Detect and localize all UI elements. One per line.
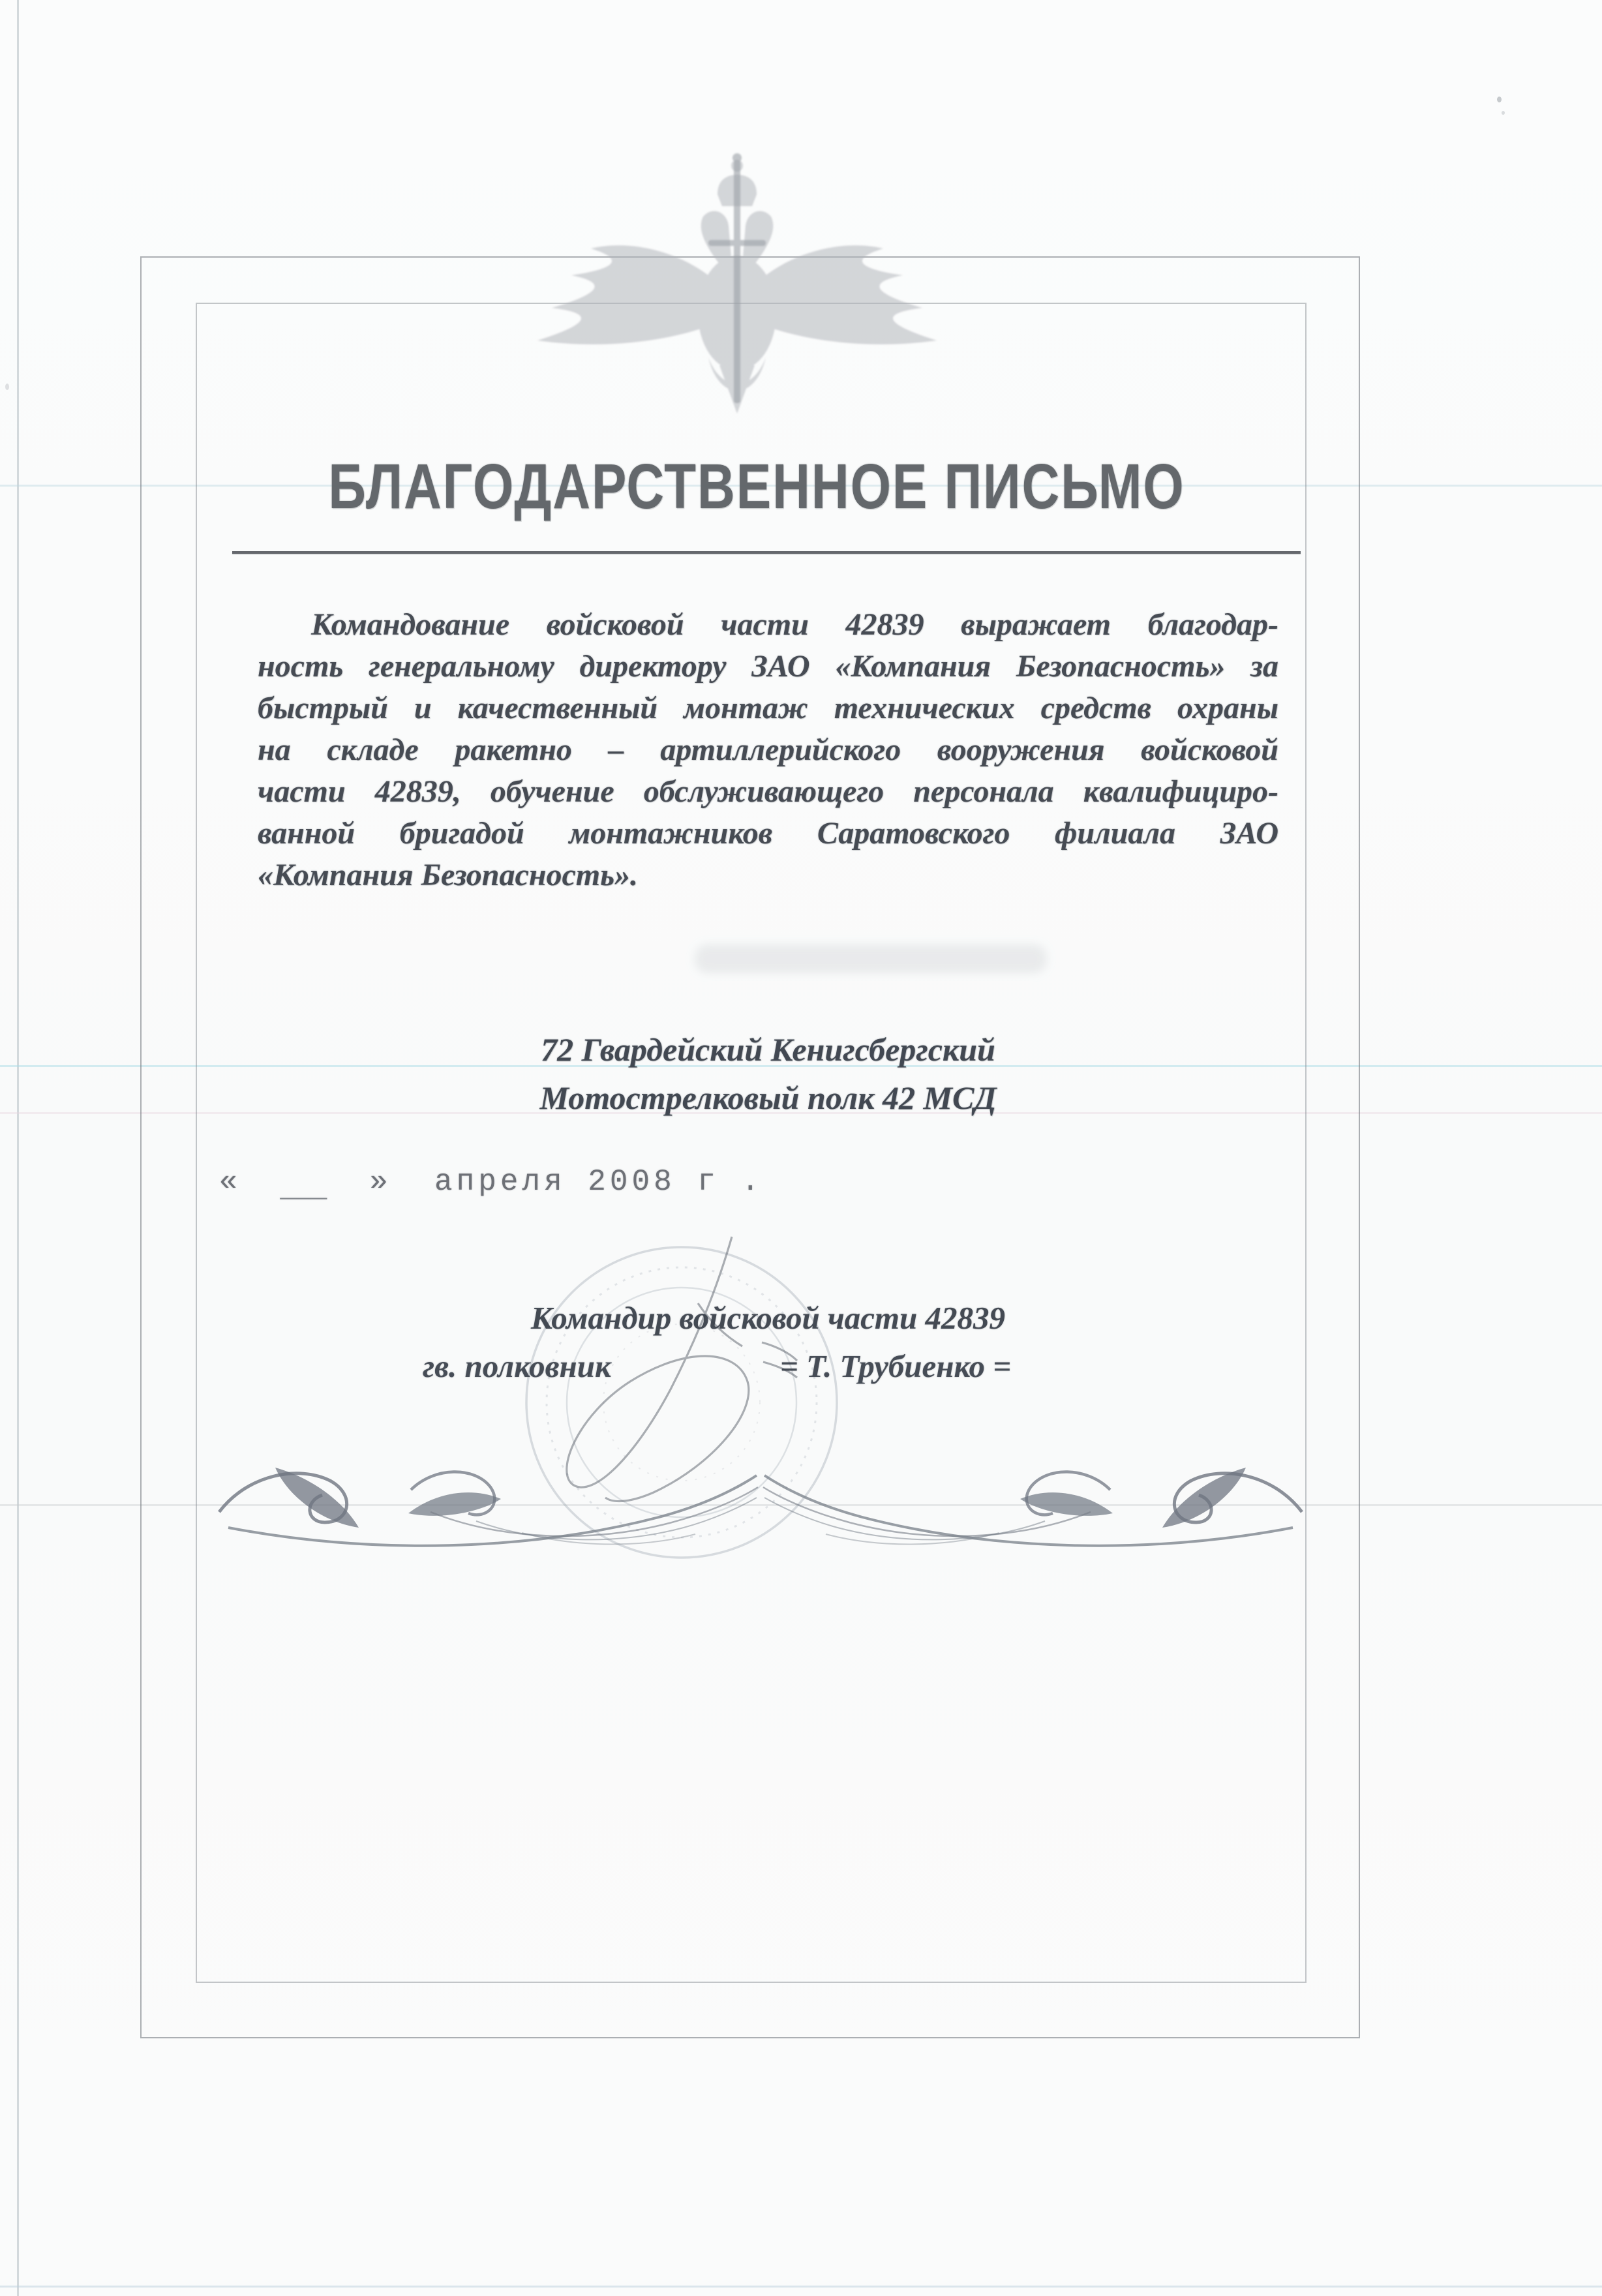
scan-edge-line: [17, 0, 19, 2296]
body-line: ность генеральному директору ЗАО «Компан…: [258, 646, 1278, 687]
inner-frame-border: [196, 303, 1307, 1983]
letter-title: БЛАГОДАРСТВЕННОЕ ПИСЬМО: [202, 450, 1311, 523]
date-blank-underscore: ___: [264, 1175, 342, 1205]
body-line: части 42839, обучение обслуживающего пер…: [258, 771, 1278, 813]
scan-speck: [1502, 111, 1505, 115]
unit-line: Мотострелковый полк 42 МСД: [258, 1074, 1278, 1122]
month-year-text: апреля 2008 г .: [434, 1165, 763, 1199]
unit-line: 72 Гвардейский Кенигсбергский: [258, 1025, 1278, 1074]
body-line: ванной бригадой монтажников Саратовского…: [258, 813, 1278, 854]
scanned-letter-page: БЛАГОДАРСТВЕННОЕ ПИСЬМО Командование вой…: [0, 0, 1602, 2296]
date-line: « ___ » апреля 2008 г .: [210, 1165, 763, 1199]
body-line: «Компания Безопасность».: [258, 854, 1278, 896]
open-quote: «: [219, 1165, 237, 1199]
calligraphic-flourish: [215, 1449, 1306, 1551]
double-headed-eagle-emblem: [534, 142, 941, 416]
body-line: на складе ракетно – артиллерийского воор…: [258, 729, 1278, 771]
scan-speck: [5, 384, 9, 390]
scan-speck: [1497, 97, 1502, 102]
letter-body: Командование войсковой части 42839 выраж…: [258, 604, 1278, 896]
signature-rank: гв. полковник: [423, 1348, 611, 1385]
body-line: Командование войсковой части 42839 выраж…: [258, 604, 1278, 646]
title-underline-rule: [232, 551, 1301, 554]
close-quote: »: [370, 1165, 388, 1199]
signature-name: = Т. Трубиенко =: [780, 1348, 1011, 1385]
unit-designation: 72 Гвардейский Кенигсбергский Мотострелк…: [258, 1025, 1278, 1122]
scan-artifact-line: [0, 2286, 1602, 2288]
signature-position-line: Командир войсковой части 42839: [258, 1299, 1278, 1337]
body-line: быстрый и качественный монтаж технически…: [258, 687, 1278, 729]
